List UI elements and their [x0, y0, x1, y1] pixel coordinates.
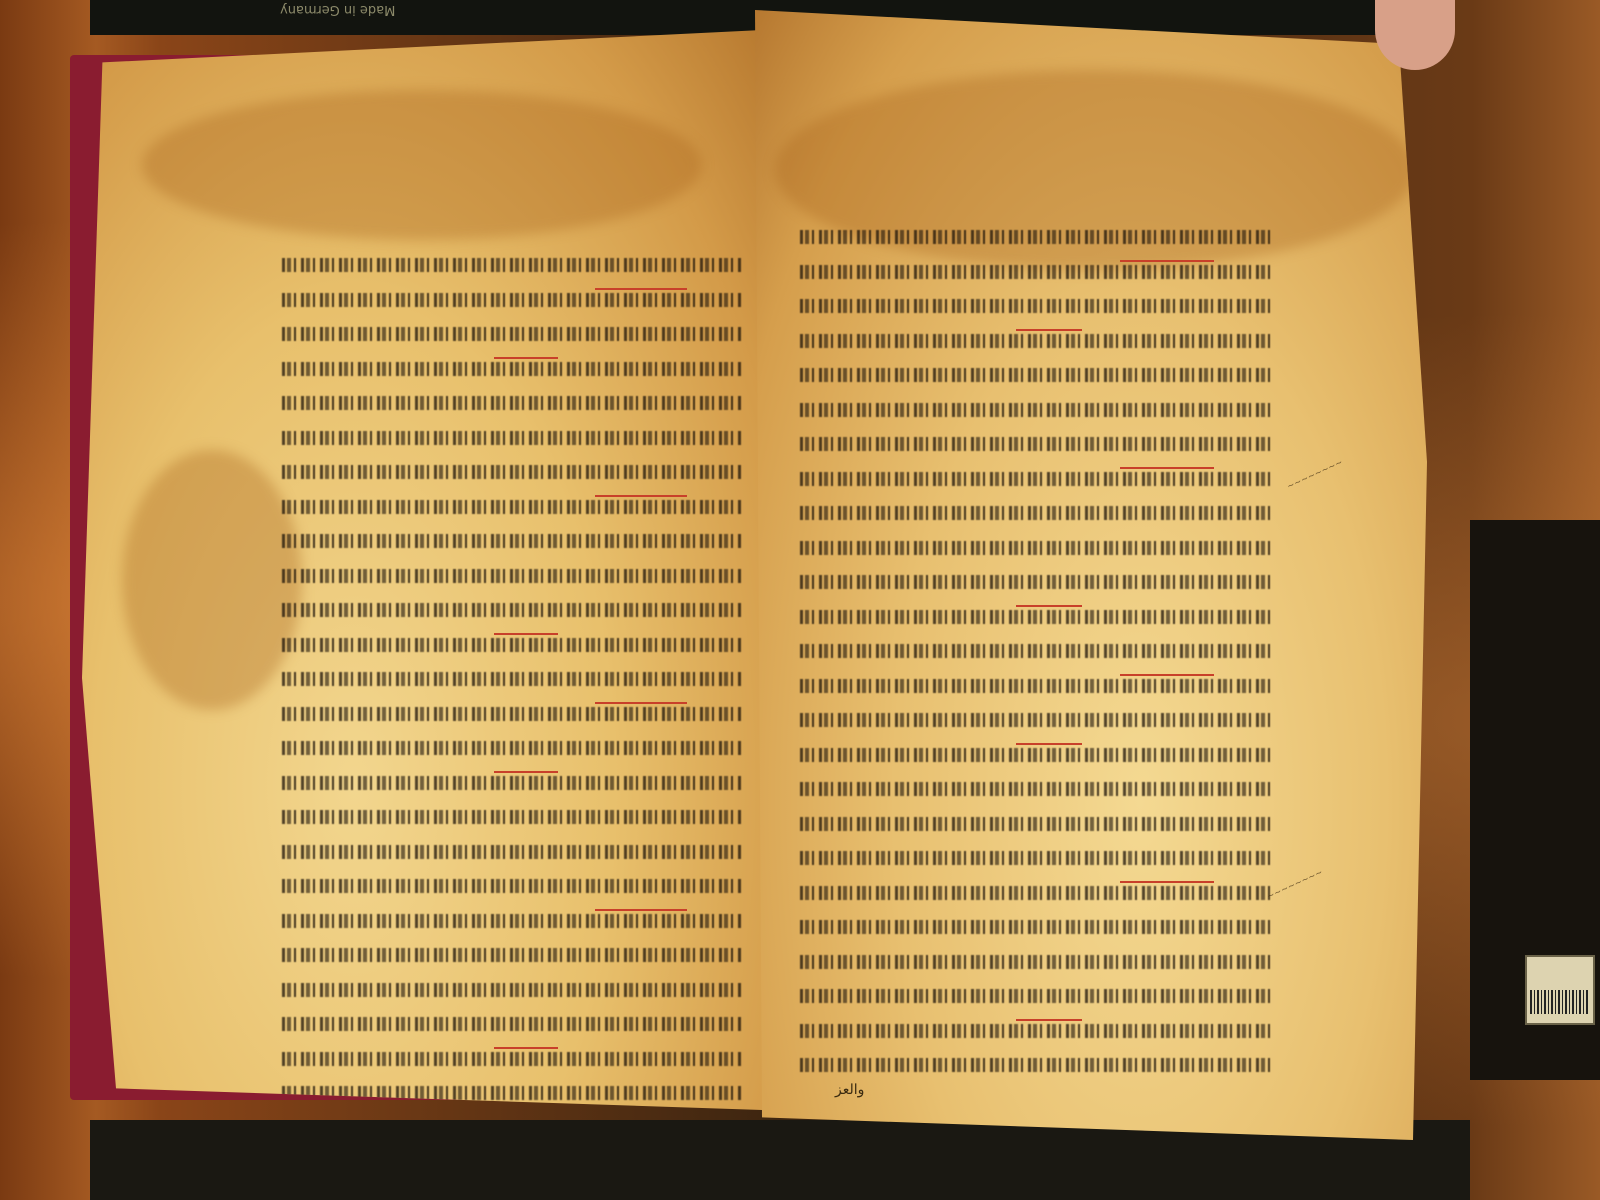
- script-line: [800, 807, 1270, 842]
- barcode: [1530, 990, 1590, 1014]
- water-stain: [142, 90, 702, 240]
- script-line: [800, 910, 1270, 945]
- script-line: [800, 772, 1270, 807]
- script-line: [282, 593, 742, 628]
- script-line: [800, 669, 1270, 704]
- margin-note: ~~~~~~~~: [1286, 458, 1345, 493]
- script-line: [282, 1042, 742, 1077]
- folio-mark: والعز: [835, 1082, 864, 1098]
- script-line: [282, 248, 742, 283]
- script-line: [800, 634, 1270, 669]
- script-line: [800, 462, 1270, 497]
- script-line: [800, 841, 1270, 876]
- script-line: [282, 938, 742, 973]
- script-line: [282, 283, 742, 318]
- script-line: [282, 697, 742, 732]
- script-line: [282, 904, 742, 939]
- script-line: [800, 945, 1270, 980]
- script-line: [282, 421, 742, 456]
- script-line: [282, 662, 742, 697]
- script-line: [282, 731, 742, 766]
- script-line: [282, 800, 742, 835]
- script-line: [282, 869, 742, 904]
- script-line: [282, 1007, 742, 1042]
- script-line: [800, 1048, 1270, 1083]
- script-line: [282, 628, 742, 663]
- right-page: ~~~~~~~~ ~~~~~~~~: [755, 10, 1455, 1140]
- script-line: [800, 427, 1270, 462]
- script-line: [282, 835, 742, 870]
- script-line: [800, 324, 1270, 359]
- script-line: [282, 973, 742, 1008]
- script-line: [800, 496, 1270, 531]
- script-line: [282, 559, 742, 594]
- script-line: [800, 289, 1270, 324]
- script-line: [282, 386, 742, 421]
- script-line: [800, 979, 1270, 1014]
- water-stain: [122, 450, 302, 710]
- left-page: [82, 30, 762, 1110]
- script-line: [800, 220, 1270, 255]
- script-line: [282, 490, 742, 525]
- script-line: [800, 703, 1270, 738]
- script-line: [282, 524, 742, 559]
- script-line: [800, 255, 1270, 290]
- right-text-block: [800, 220, 1270, 1083]
- script-line: [800, 876, 1270, 911]
- script-line: [800, 358, 1270, 393]
- script-line: [282, 352, 742, 387]
- script-line: [282, 317, 742, 352]
- script-line: [800, 738, 1270, 773]
- script-line: [800, 531, 1270, 566]
- script-line: [800, 393, 1270, 428]
- box-label: Made in Germany: [280, 2, 395, 17]
- script-line: [800, 1014, 1270, 1049]
- margin-note: ~~~~~~~~: [1266, 868, 1325, 903]
- left-text-block: [282, 248, 742, 1110]
- script-line: [282, 455, 742, 490]
- script-line: [800, 565, 1270, 600]
- script-line: [800, 600, 1270, 635]
- storage-box: Made in Germany: [90, 0, 1380, 35]
- script-line: [282, 766, 742, 801]
